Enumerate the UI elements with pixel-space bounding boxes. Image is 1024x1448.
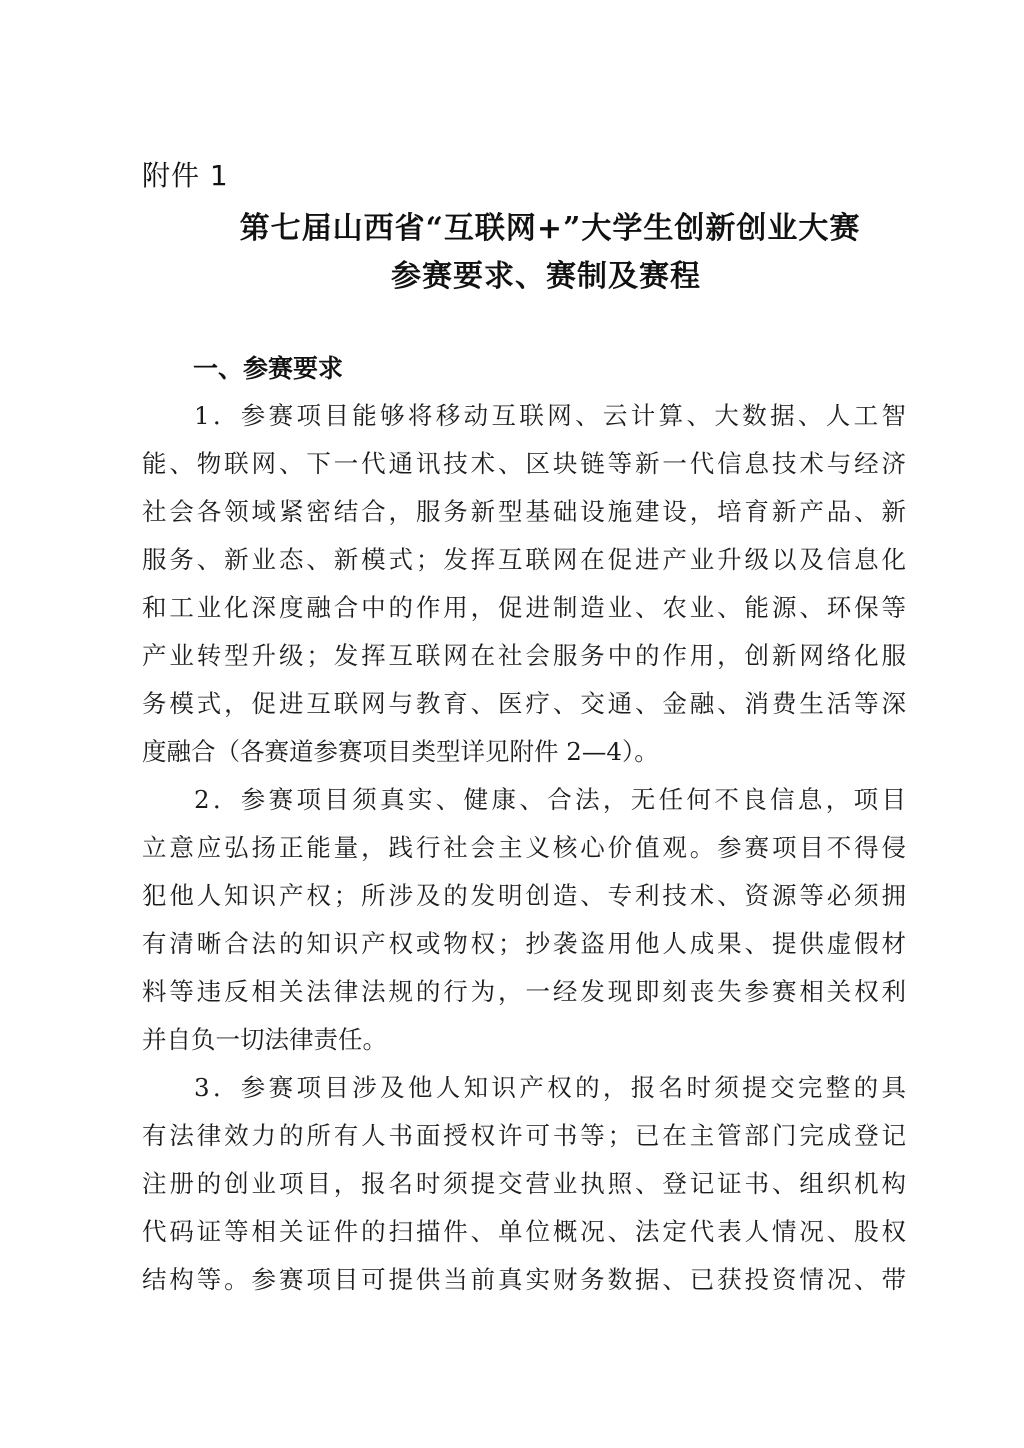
paragraph-line: 结构等。参赛项目可提供当前真实财务数据、已获投资情况、带 [142,1260,906,1300]
paragraph-line: 料等违反相关法律法规的行为，一经发现即刻丧失参赛相关权利 [142,972,906,1012]
document-title-line-2: 参赛要求、赛制及赛程 [34,251,1024,295]
paragraph-line: 和工业化深度融合中的作用，促进制造业、农业、能源、环保等 [142,588,906,628]
paragraph-line: 有清晰合法的知识产权或物权；抄袭盗用他人成果、提供虚假材 [142,924,906,964]
section-heading-requirements: 一、参赛要求 [193,349,343,389]
paragraph-line: 注册的创业项目，报名时须提交营业执照、登记证书、组织机构 [142,1164,906,1204]
paragraph-line: 能、物联网、下一代通讯技术、区块链等新一代信息技术与经济 [142,444,906,484]
paragraph-line: 2．参赛项目须真实、健康、合法，无任何不良信息，项目 [194,780,906,820]
paragraph-line: 3．参赛项目涉及他人知识产权的，报名时须提交完整的具 [194,1068,906,1108]
paragraph-line: 立意应弘扬正能量，践行社会主义核心价值观。参赛项目不得侵 [142,828,906,868]
paragraph-line: 服务、新业态、新模式；发挥互联网在促进产业升级以及信息化 [142,540,906,580]
paragraph-line: 产业转型升级；发挥互联网在社会服务中的作用，创新网络化服 [142,636,906,676]
paragraph-line: 犯他人知识产权；所涉及的发明创造、专利技术、资源等必须拥 [142,876,906,916]
paragraph-line: 度融合（各赛道参赛项目类型详见附件 2—4）。 [142,732,906,772]
paragraph-line: 社会各领域紧密结合，服务新型基础设施建设，培育新产品、新 [142,492,906,532]
annex-label: 附件 1 [142,156,229,196]
paragraph-line: 1．参赛项目能够将移动互联网、云计算、大数据、人工智 [194,396,906,436]
paragraph-line: 并自负一切法律责任。 [142,1020,906,1060]
document-title-line-1: 第七届山西省“互联网+”大学生创新创业大赛 [38,203,1024,247]
paragraph-line: 代码证等相关证件的扫描件、单位概况、法定代表人情况、股权 [142,1212,906,1252]
document-page: 附件 1 第七届山西省“互联网+”大学生创新创业大赛 参赛要求、赛制及赛程 一、… [0,0,1024,1448]
paragraph-line: 务模式，促进互联网与教育、医疗、交通、金融、消费生活等深 [142,684,906,724]
paragraph-line: 有法律效力的所有人书面授权许可书等；已在主管部门完成登记 [142,1116,906,1156]
